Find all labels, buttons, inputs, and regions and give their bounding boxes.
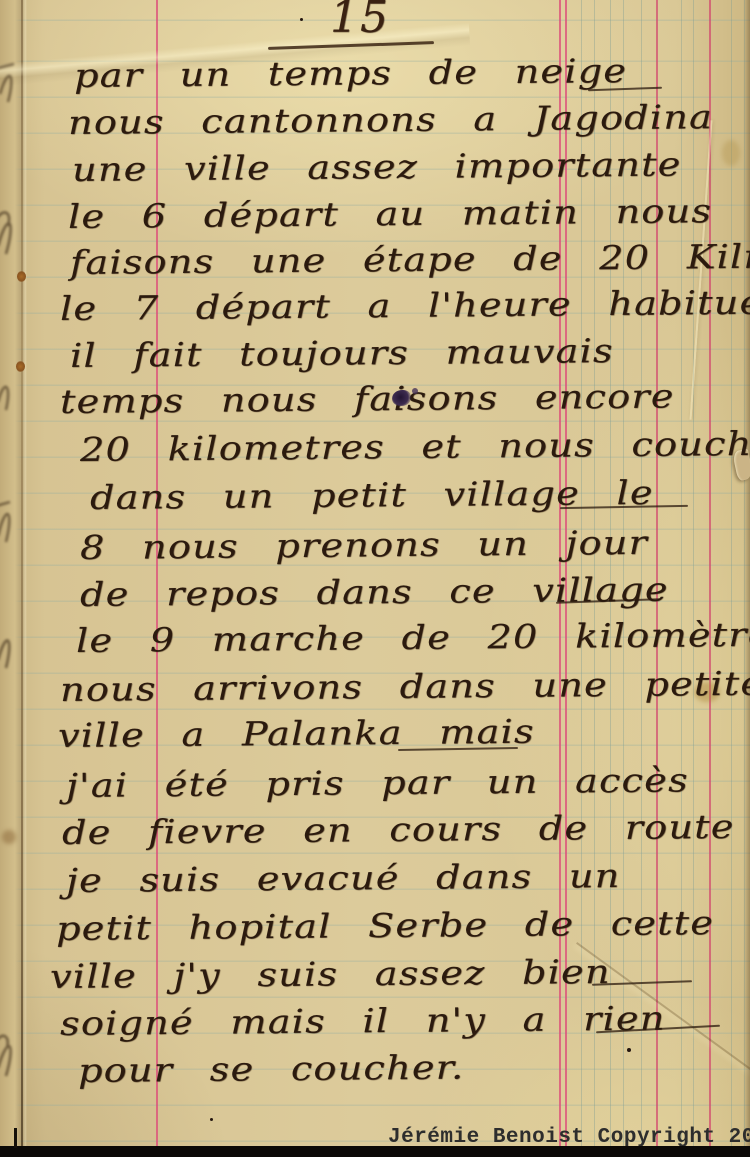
handwritten-line: de repos dans ce village	[80, 570, 669, 614]
ink-blot-satellite	[412, 388, 418, 394]
handwritten-line: nous arrivons dans une petite	[60, 664, 750, 709]
handwritten-line: 20 kilometres et nous couchons	[80, 423, 750, 469]
ink-bleed-mark	[0, 196, 18, 256]
ink-speck	[627, 1048, 631, 1052]
ink-bleed-mark	[0, 58, 18, 104]
handwritten-line: ville j'y suis assez bien	[50, 952, 611, 996]
handwritten-line: je suis evacué dans un	[66, 856, 621, 900]
handwritten-line: pour se coucher.	[78, 1048, 465, 1090]
handwritten-line: de fievre en cours de route	[62, 807, 735, 852]
ink-bleed-mark	[0, 1022, 18, 1078]
handwritten-line: une ville assez importante	[72, 144, 682, 188]
handwritten-line: soigné mais il n'y a rien	[60, 999, 666, 1043]
handwritten-line: le 9 marche de 20 kilomètres	[76, 615, 750, 660]
ledger-red-line	[709, 0, 711, 1157]
paper-stain	[722, 140, 740, 166]
ledger-blue-line	[731, 0, 732, 1157]
handwritten-line: par un temps de neige	[74, 51, 628, 95]
ink-bleed-mark	[0, 372, 15, 412]
handwritten-line: petit hopital Serbe de cette	[56, 903, 714, 948]
handwritten-line: temps nous faisons encore	[60, 376, 675, 421]
scan-bottom-bar	[0, 1146, 750, 1157]
ink-blot	[392, 390, 411, 406]
handwritten-line: le 7 départ a l'heure habituelle	[60, 282, 750, 328]
handwritten-line: il fait toujours mauvais	[70, 331, 614, 375]
handwritten-line: j'ai été pris par un accès	[66, 760, 689, 805]
handwritten-line: 8 nous prenons un jour	[80, 523, 648, 567]
notebook-page-scan: 15 par un temps de neige nous cantonnons…	[0, 0, 750, 1157]
ink-speck	[210, 1118, 213, 1121]
scan-edge-mark	[14, 1128, 17, 1148]
ink-speck	[300, 18, 303, 21]
paper-stain	[2, 830, 16, 844]
handwritten-line: nous cantonnons a Jagodina	[68, 97, 713, 142]
handwritten-line: dans un petit village le	[90, 473, 654, 517]
handwritten-line: faisons une étape de 20 Kilm.	[70, 236, 750, 282]
handwritten-line: le 6 départ au matin nous	[68, 191, 713, 236]
ledger-blue-line	[693, 0, 694, 1157]
ink-bleed-mark	[0, 492, 16, 544]
rust-spot	[16, 361, 25, 372]
page-number: 15	[330, 0, 390, 43]
binding-crease	[21, 0, 23, 1157]
page-right-edge	[743, 0, 750, 1157]
rust-spot	[17, 271, 26, 282]
ink-bleed-mark	[0, 618, 16, 670]
